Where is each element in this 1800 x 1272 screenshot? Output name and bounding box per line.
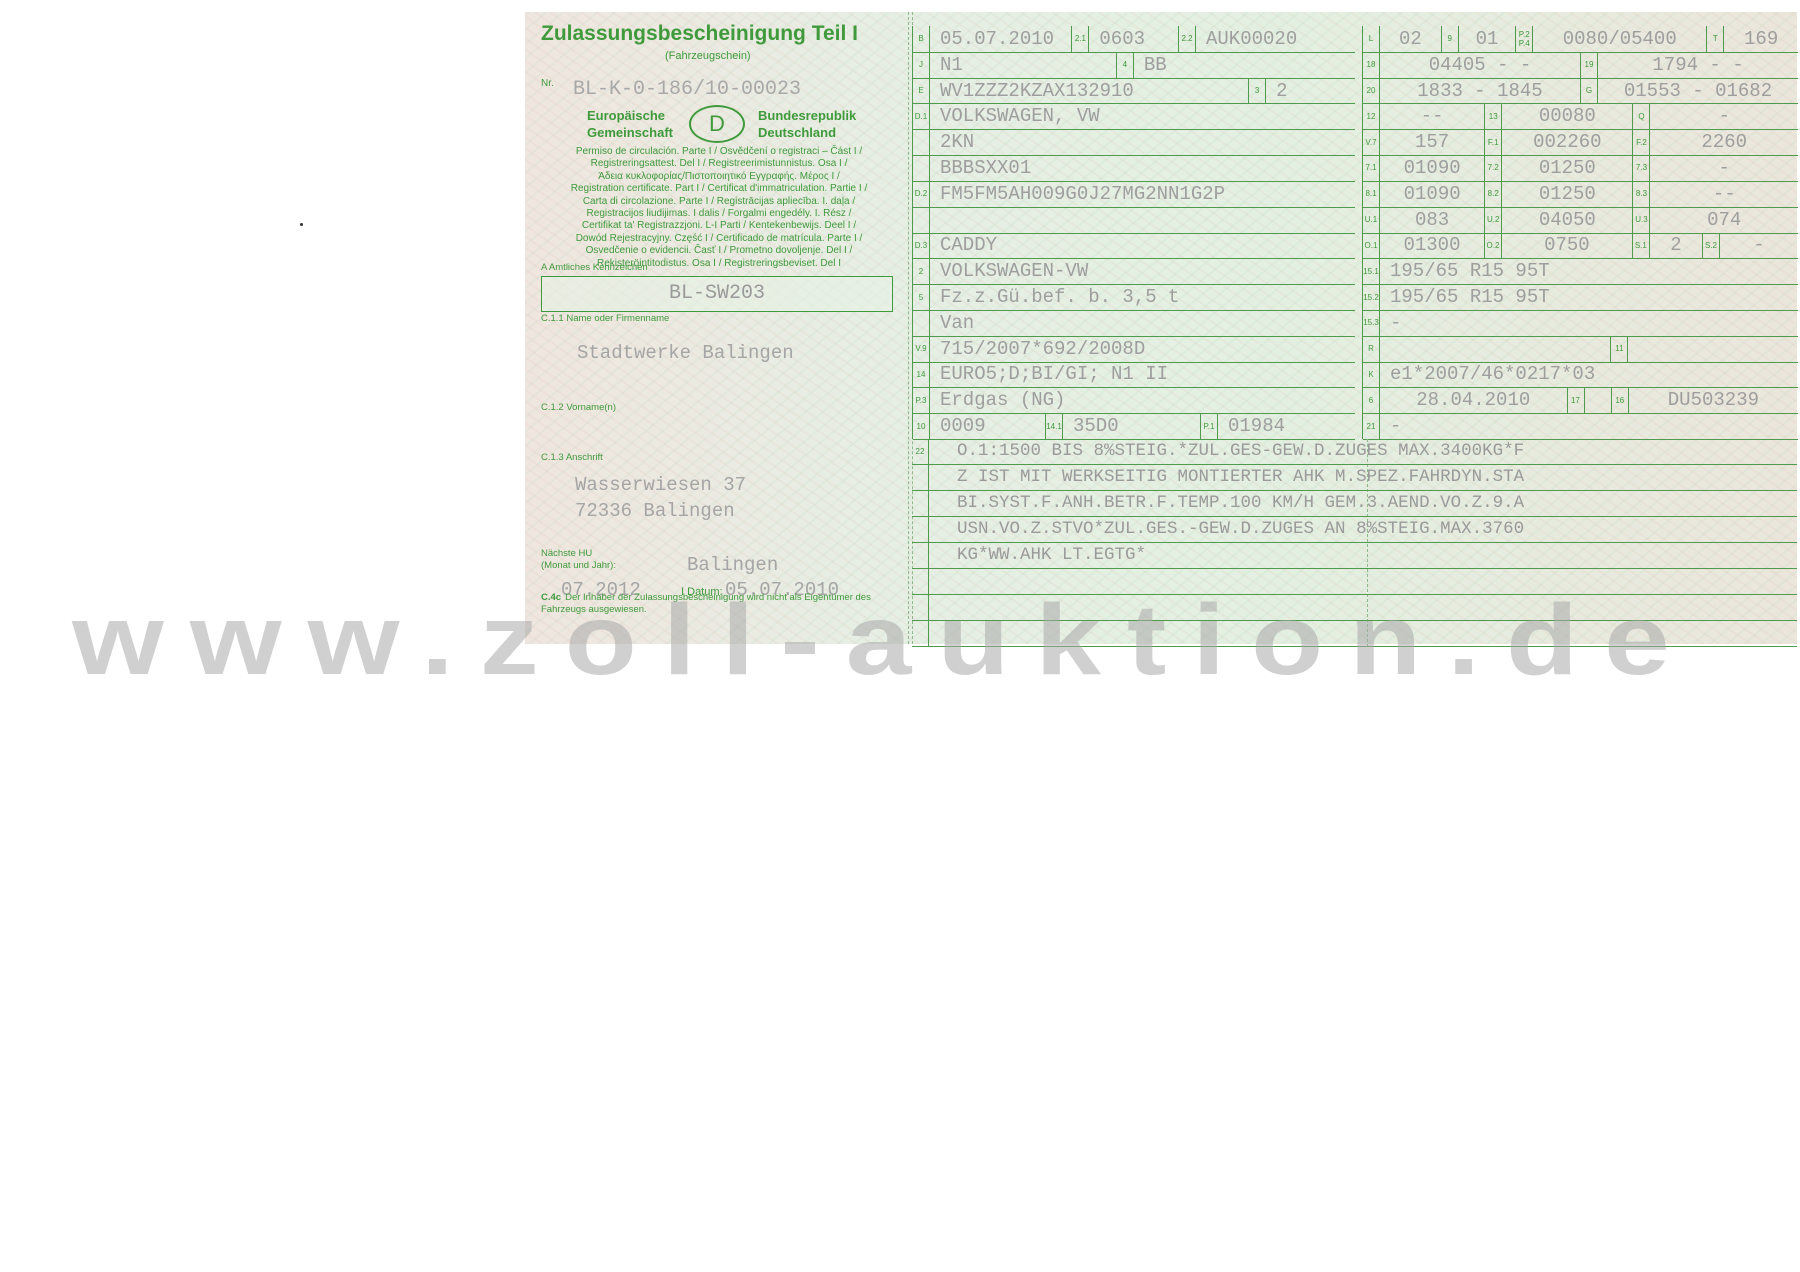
field-code: 16: [1612, 387, 1629, 413]
field-code: Q: [1633, 103, 1650, 129]
field-value: VOLKSWAGEN-VW: [930, 260, 1088, 282]
field-cell: 2VOLKSWAGEN-VW: [913, 258, 1355, 284]
address-line-2: 72336 Balingen: [575, 500, 735, 522]
field-cell: 7.101090: [1363, 155, 1485, 181]
field-value: 002260: [1502, 131, 1632, 153]
remark-code: [912, 543, 929, 568]
field-code: U.3: [1633, 207, 1650, 233]
field-row: 8.1010908.2012508.3--: [1363, 181, 1798, 208]
field-value: 0080/05400: [1533, 28, 1706, 50]
field-value: BB: [1134, 54, 1167, 76]
field-value: 169: [1724, 28, 1798, 50]
field-code: S.1: [1633, 233, 1650, 259]
field-code: 12: [1363, 103, 1380, 129]
field-value: -: [1650, 157, 1798, 179]
registration-certificate: Zulassungsbescheinigung Teil I (Fahrzeug…: [525, 12, 1797, 644]
field-row: U.1083U.204050U.3074: [1363, 207, 1798, 234]
field-code: 15.1: [1363, 258, 1380, 284]
field-value: 2KN: [930, 131, 974, 153]
field-row: EWV1ZZZ2KZAX13291032: [913, 78, 1355, 105]
field-code: V.7: [1363, 129, 1380, 155]
field-cell: Ke1*2007/46*0217*03: [1363, 362, 1798, 388]
field-row: 12--1300080Q-: [1363, 103, 1798, 130]
country-line-1: Bundesrepublik: [758, 107, 856, 124]
field-code: 21: [1363, 413, 1380, 439]
field-cell: V.9715/2007*692/2008D: [913, 336, 1355, 362]
field-code: 7.1: [1363, 155, 1380, 181]
field-value: 01090: [1380, 157, 1484, 179]
field-value: 04405 - -: [1380, 54, 1580, 76]
remark-text: O.1:1500 BIS 8%STEIG.*ZUL.GES-GEW.D.ZUGE…: [947, 441, 1524, 461]
field-code: 8.3: [1633, 181, 1650, 207]
field-code: J: [913, 52, 930, 78]
field-cell: 14EURO5;D;BI/GI; N1 II: [913, 362, 1355, 388]
field-code: O.2: [1485, 233, 1502, 259]
field-code: 5: [913, 284, 930, 310]
language-line: Osvedčenie o evidencii. Časť I / Prometn…: [533, 245, 905, 257]
remark-code: [912, 517, 929, 542]
remark-line: KG*WW.AHK LT.EGTG*: [912, 543, 1797, 569]
field-code: 14: [913, 362, 930, 388]
field-row: L02901P.2 P.40080/05400T169: [1363, 26, 1798, 53]
field-value: 00080: [1502, 105, 1632, 127]
language-line: Registracijos liudijimas. I dalis / Forg…: [533, 208, 905, 220]
eu-line-2: Gemeinschaft: [587, 124, 673, 141]
remark-line: USN.VO.Z.STVO*ZUL.GES.-GEW.D.ZUGES AN 8%…: [912, 517, 1797, 543]
field-cell: 1300080: [1485, 103, 1633, 129]
field-cell: 2.2AUK00020: [1179, 26, 1355, 52]
field-cell: 1804405 - -: [1363, 52, 1581, 78]
field-cell: L02: [1363, 26, 1442, 52]
field-cell: U.3074: [1633, 207, 1798, 233]
field-cell: JN1: [913, 52, 1117, 78]
multilingual-titles: Permiso de circulación. Parte I / Osvědč…: [533, 146, 905, 270]
field-cell: 7.201250: [1485, 155, 1633, 181]
field-row: 10000914.135D0P.101984: [913, 413, 1355, 440]
field-code: F.1: [1485, 129, 1502, 155]
watermark: www.zoll-auktion.de: [72, 582, 1696, 698]
field-row: 15.3-: [1363, 310, 1798, 337]
address-line-1: Wasserwiesen 37: [575, 474, 746, 496]
field-cell: 11: [1611, 336, 1798, 362]
field-code: 17: [1568, 387, 1585, 413]
field-code: 7.3: [1633, 155, 1650, 181]
field-row: 1804405 - -191794 - -: [1363, 52, 1798, 79]
field-value: 157: [1380, 131, 1484, 153]
field-row: V.9715/2007*692/2008D: [913, 336, 1355, 363]
field-row: Van: [913, 310, 1355, 337]
field-cell: P.2 P.40080/05400: [1516, 26, 1707, 52]
field-code: 15.2: [1363, 284, 1380, 310]
field-value: 1794 - -: [1598, 54, 1798, 76]
field-row: JN14BB: [913, 52, 1355, 79]
eu-label: Europäische Gemeinschaft: [587, 107, 673, 141]
remark-text: BI.SYST.F.ANH.BETR.F.TEMP.100 KM/H GEM.3…: [947, 493, 1524, 513]
field-code: [913, 310, 930, 336]
anschrift-label: C.1.3 Anschrift: [541, 452, 603, 463]
country-label: Bundesrepublik Deutschland: [758, 107, 856, 141]
field-code: D.3: [913, 233, 930, 259]
field-cell: 2KN: [913, 129, 1355, 155]
field-row: D.3CADDY: [913, 233, 1355, 260]
language-line: Άδεια κυκλοφορίας/Πιστοποιητικό Εγγραφής…: [533, 171, 905, 183]
kennzeichen-label: A Amtliches Kennzeichen: [541, 262, 648, 273]
field-cell: 14.135D0: [1046, 413, 1201, 439]
field-row: 2VOLKSWAGEN-VW: [913, 258, 1355, 285]
document-number: BL-K-0-186/10-00023: [573, 78, 801, 101]
field-code: 7.2: [1485, 155, 1502, 181]
field-value: WV1ZZZ2KZAX132910: [930, 80, 1134, 102]
field-cell: BBBSXX01: [913, 155, 1355, 181]
field-code: 15.3: [1363, 310, 1380, 336]
field-code: S.2: [1703, 233, 1720, 259]
field-row: 7.1010907.2012507.3-: [1363, 155, 1798, 182]
remark-code: [912, 465, 929, 490]
field-cell: 201833 - 1845: [1363, 78, 1581, 104]
field-value: 195/65 R15 95T: [1380, 260, 1550, 282]
field-cell: 8.201250: [1485, 181, 1633, 207]
field-row: 201833 - 1845G01553 - 01682: [1363, 78, 1798, 105]
remark-line: Z IST MIT WERKSEITIG MONTIERTER AHK M.SP…: [912, 465, 1797, 491]
remark-code: [912, 491, 929, 516]
holder-panel: Zulassungsbescheinigung Teil I (Fahrzeug…: [525, 12, 907, 644]
field-row: O.101300O.20750S.12S.2-: [1363, 233, 1798, 260]
field-row: R11: [1363, 336, 1798, 363]
field-value: Fz.z.Gü.bef. b. 3,5 t: [930, 286, 1179, 308]
field-row: D.2FM5FM5AH009G0J27MG2NN1G2P: [913, 181, 1355, 208]
field-cell: V.7157: [1363, 129, 1485, 155]
field-code: D.2: [913, 181, 930, 207]
field-value: 2: [1266, 80, 1287, 102]
field-value: 01553 - 01682: [1598, 80, 1798, 102]
field-code: T: [1707, 26, 1724, 52]
field-cell: 100009: [913, 413, 1046, 439]
country-line-2: Deutschland: [758, 124, 856, 141]
field-code: U.1: [1363, 207, 1380, 233]
field-code: U.2: [1485, 207, 1502, 233]
field-value: -: [1380, 415, 1401, 437]
field-value: 01250: [1502, 157, 1632, 179]
field-value: 195/65 R15 95T: [1380, 286, 1550, 308]
field-code: B: [913, 26, 930, 52]
field-cell: 4BB: [1117, 52, 1355, 78]
field-value: EURO5;D;BI/GI; N1 II: [930, 363, 1168, 385]
field-value: Van: [930, 312, 974, 334]
field-value: 01250: [1502, 183, 1632, 205]
field-cell: O.101300: [1363, 233, 1485, 259]
field-code: [913, 207, 930, 233]
field-value: 01090: [1380, 183, 1484, 205]
field-cell: 8.3--: [1633, 181, 1798, 207]
vehicle-data-right: L02901P.2 P.40080/05400T1691804405 - -19…: [1362, 26, 1798, 439]
field-cell: 21-: [1363, 413, 1798, 439]
field-cell: EWV1ZZZ2KZAX132910: [913, 78, 1249, 104]
field-value: 01984: [1218, 415, 1285, 437]
field-cell: G01553 - 01682: [1581, 78, 1798, 104]
field-row: Ke1*2007/46*0217*03: [1363, 362, 1798, 389]
remark-text: USN.VO.Z.STVO*ZUL.GES.-GEW.D.ZUGES AN 8%…: [947, 519, 1524, 539]
field-code: 18: [1363, 52, 1380, 78]
field-value: 2: [1650, 234, 1702, 256]
field-cell: 32: [1249, 78, 1355, 104]
field-value: -: [1380, 312, 1401, 334]
field-code: 2: [913, 258, 930, 284]
field-cell: U.204050: [1485, 207, 1633, 233]
field-cell: 191794 - -: [1581, 52, 1798, 78]
field-cell: 17: [1568, 387, 1612, 413]
field-cell: D.1VOLKSWAGEN, VW: [913, 103, 1355, 129]
field-row: 2KN: [913, 129, 1355, 156]
field-value: 1833 - 1845: [1380, 80, 1580, 102]
field-value: e1*2007/46*0217*03: [1380, 363, 1595, 385]
field-code: R: [1363, 336, 1380, 362]
field-code: 8.1: [1363, 181, 1380, 207]
hu-label-line-1: Nächste HU: [541, 548, 616, 560]
field-code: P.2 P.4: [1516, 26, 1533, 52]
field-code: V.9: [913, 336, 930, 362]
field-code: 11: [1611, 336, 1628, 362]
field-code: 20: [1363, 78, 1380, 104]
field-cell: O.20750: [1485, 233, 1633, 259]
field-cell: 901: [1442, 26, 1516, 52]
field-code: O.1: [1363, 233, 1380, 259]
field-code: 2.2: [1179, 26, 1196, 52]
field-cell: Q-: [1633, 103, 1798, 129]
field-code: 19: [1581, 52, 1598, 78]
field-code: 14.1: [1046, 413, 1063, 439]
language-line: Dowód Rejestracyjny. Część I / Certifica…: [533, 233, 905, 245]
field-cell: 7.3-: [1633, 155, 1798, 181]
field-row: B05.07.20102.106032.2AUK00020: [913, 26, 1355, 53]
field-code: L: [1363, 26, 1380, 52]
field-cell: F.22260: [1633, 129, 1798, 155]
field-cell: 12--: [1363, 103, 1485, 129]
field-cell: 2.10603: [1072, 26, 1179, 52]
language-line: Registreringsattest. Del I / Registreeri…: [533, 158, 905, 170]
field-cell: D.3CADDY: [913, 233, 1355, 259]
field-code: K: [1363, 362, 1380, 388]
field-value: 074: [1650, 209, 1798, 231]
field-value: AUK00020: [1196, 28, 1297, 50]
field-value: 0750: [1502, 234, 1632, 256]
field-code: P.3: [913, 387, 930, 413]
field-code: 4: [1117, 52, 1134, 78]
field-value: N1: [930, 54, 963, 76]
remark-line: BI.SYST.F.ANH.BETR.F.TEMP.100 KM/H GEM.3…: [912, 491, 1797, 517]
place-of-issue: Balingen: [687, 554, 778, 576]
field-code: 2.1: [1072, 26, 1089, 52]
remark-text: KG*WW.AHK LT.EGTG*: [947, 545, 1146, 565]
field-row: 15.2195/65 R15 95T: [1363, 284, 1798, 311]
document-title: Zulassungsbescheinigung Teil I: [541, 22, 858, 46]
remark-text: Z IST MIT WERKSEITIG MONTIERTER AHK M.SP…: [947, 467, 1524, 487]
field-cell: 16DU503239: [1612, 387, 1798, 413]
number-label: Nr.: [541, 78, 554, 89]
field-value: 04050: [1502, 209, 1632, 231]
field-row: 14EURO5;D;BI/GI; N1 II: [913, 362, 1355, 389]
field-code: 13: [1485, 103, 1502, 129]
field-cell: 5Fz.z.Gü.bef. b. 3,5 t: [913, 284, 1355, 310]
field-value: 01: [1459, 28, 1515, 50]
hu-label: Nächste HU (Monat und Jahr):: [541, 548, 616, 572]
field-code: D.1: [913, 103, 930, 129]
field-code: G: [1581, 78, 1598, 104]
field-row: 21-: [1363, 413, 1798, 440]
field-value: 05.07.2010: [930, 28, 1054, 50]
field-code: [913, 155, 930, 181]
field-cell: T169: [1707, 26, 1798, 52]
field-cell: [913, 207, 1355, 233]
field-code: F.2: [1633, 129, 1650, 155]
field-value: 28.04.2010: [1380, 389, 1567, 411]
eu-line-1: Europäische: [587, 107, 673, 124]
field-row: P.3Erdgas (NG): [913, 387, 1355, 414]
field-value: FM5FM5AH009G0J27MG2NN1G2P: [930, 183, 1225, 205]
field-value: DU503239: [1629, 389, 1798, 411]
field-value: 0009: [930, 415, 986, 437]
field-cell: P.3Erdgas (NG): [913, 387, 1355, 413]
remark-line: 22O.1:1500 BIS 8%STEIG.*ZUL.GES-GEW.D.ZU…: [912, 439, 1797, 465]
field-cell: 628.04.2010: [1363, 387, 1568, 413]
field-value: Erdgas (NG): [930, 389, 1065, 411]
field-value: 2260: [1650, 131, 1798, 153]
field-cell: P.101984: [1201, 413, 1355, 439]
country-oval-icon: D: [689, 105, 745, 143]
document-subtitle: (Fahrzeugschein): [665, 50, 751, 62]
remark-code: 22: [912, 439, 929, 464]
field-row: V.7157F.1002260F.22260: [1363, 129, 1798, 156]
field-cell: R: [1363, 336, 1611, 362]
language-line: Certifikat ta' Registrazzjoni. L-I Parti…: [533, 220, 905, 232]
field-code: 9: [1442, 26, 1459, 52]
field-cell: 15.1195/65 R15 95T: [1363, 258, 1798, 284]
field-code: E: [913, 78, 930, 104]
field-value: CADDY: [930, 234, 997, 256]
field-row: 15.1195/65 R15 95T: [1363, 258, 1798, 285]
language-line: Registration certificate. Part I / Certi…: [533, 183, 905, 195]
field-value: BBBSXX01: [930, 157, 1031, 179]
field-value: --: [1650, 183, 1798, 205]
field-cell: D.2FM5FM5AH009G0J27MG2NN1G2P: [913, 181, 1355, 207]
vehicle-data-middle: B05.07.20102.106032.2AUK00020JN14BBEWV1Z…: [912, 26, 1355, 439]
hu-label-line-2: (Monat und Jahr):: [541, 560, 616, 572]
holder-name: Stadtwerke Balingen: [577, 342, 794, 364]
field-cell: B05.07.2010: [913, 26, 1072, 52]
field-code: 3: [1249, 78, 1266, 104]
field-cell: 15.3-: [1363, 310, 1798, 336]
field-cell: 8.101090: [1363, 181, 1485, 207]
field-code: 10: [913, 413, 930, 439]
field-row: 5Fz.z.Gü.bef. b. 3,5 t: [913, 284, 1355, 311]
field-code: 6: [1363, 387, 1380, 413]
field-row: D.1VOLKSWAGEN, VW: [913, 103, 1355, 130]
name-label: C.1.1 Name oder Firmenname: [541, 313, 669, 324]
language-line: Carta di circolazione. Parte I / Registr…: [533, 196, 905, 208]
scan-speck: [300, 223, 303, 226]
field-code: P.1: [1201, 413, 1218, 439]
field-cell: S.2-: [1703, 233, 1798, 259]
field-cell: S.12: [1633, 233, 1703, 259]
field-cell: Van: [913, 310, 1355, 336]
field-code: [913, 129, 930, 155]
field-cell: U.1083: [1363, 207, 1485, 233]
field-value: 083: [1380, 209, 1484, 231]
field-cell: 15.2195/65 R15 95T: [1363, 284, 1798, 310]
field-value: -: [1650, 105, 1798, 127]
field-code: 8.2: [1485, 181, 1502, 207]
field-row: 628.04.20101716DU503239: [1363, 387, 1798, 414]
vorname-label: C.1.2 Vorname(n): [541, 402, 616, 413]
field-value: 715/2007*692/2008D: [930, 338, 1145, 360]
field-value: 35D0: [1063, 415, 1119, 437]
field-row: [913, 207, 1355, 234]
field-value: 0603: [1089, 28, 1145, 50]
field-value: VOLKSWAGEN, VW: [930, 105, 1100, 127]
field-value: --: [1380, 105, 1484, 127]
license-plate: BL-SW203: [541, 276, 893, 312]
field-cell: F.1002260: [1485, 129, 1633, 155]
field-value: -: [1720, 234, 1798, 256]
field-value: 01300: [1380, 234, 1484, 256]
field-value: 02: [1380, 28, 1441, 50]
language-line: Permiso de circulación. Parte I / Osvědč…: [533, 146, 905, 158]
field-row: BBBSXX01: [913, 155, 1355, 182]
